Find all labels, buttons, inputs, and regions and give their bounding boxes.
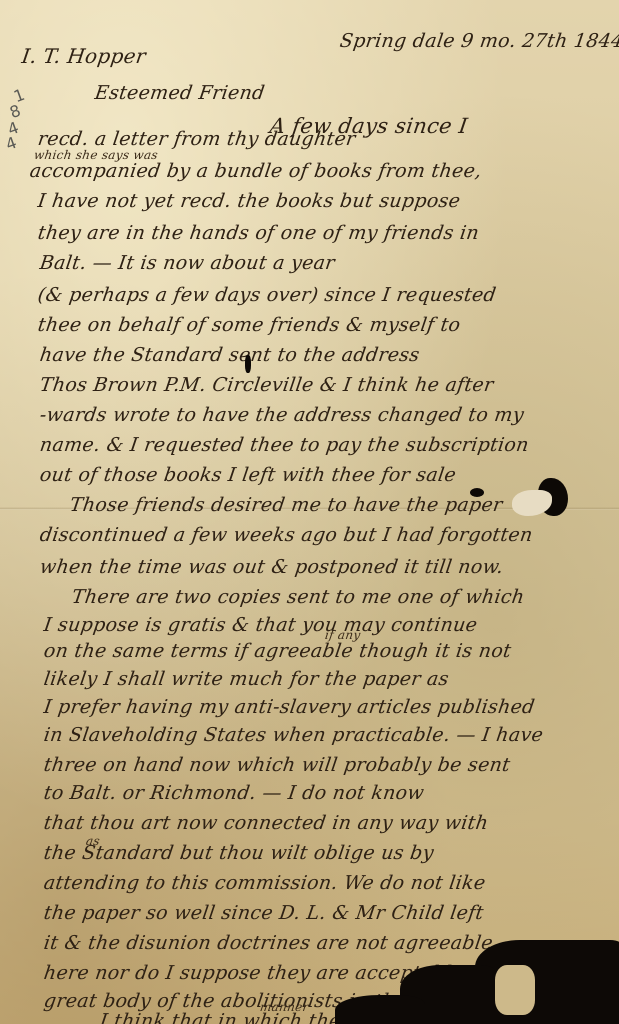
letter-line: the Standard but thou wilt oblige us by — [42, 842, 435, 864]
letter-line: accompanied by a bundle of books from th… — [28, 160, 483, 182]
salutation-text: Esteemed Friend — [93, 82, 266, 104]
letter-line: Those friends desired me to have the pap… — [68, 494, 504, 516]
letter-line: that thou art now connected in any way w… — [42, 812, 489, 834]
letter-line: they are in the hands of one of my frien… — [36, 222, 480, 244]
letter-line: it & the disunion doctrines are not agre… — [42, 932, 494, 954]
letter-line: I suppose is gratis & that you may conti… — [42, 614, 478, 636]
letter-line: out of those books I left with thee for … — [38, 464, 457, 486]
letter-line: in Slaveholding States when practicable.… — [42, 724, 544, 746]
letter-line: recd. a letter from thy daughter — [36, 128, 357, 150]
interlinear-note: if any — [324, 628, 362, 642]
letter-line: discontinued a few weeks ago but I had f… — [38, 524, 534, 546]
letter-line: likely I shall write much for the paper … — [42, 668, 450, 690]
letter-line: thee on behalf of some friends & myself … — [36, 314, 461, 336]
letter-line: I think that in which the ... — [98, 1010, 367, 1024]
letter-page: 1 8 4 4 I. T. Hopper Spring dale 9 mo. 2… — [0, 0, 619, 1024]
letter-line: the paper so well since D. L. & Mr Child… — [42, 902, 485, 924]
letter-line: I have not yet recd. the books but suppo… — [36, 190, 461, 212]
addressee: I. T. Hopper — [20, 44, 147, 68]
letter-line: name. & I requested thee to pay the subs… — [38, 434, 530, 456]
letter-line: have the Standard sent to the address — [38, 344, 421, 366]
remaining-fragment — [495, 965, 535, 1015]
paper-hole — [245, 355, 251, 373]
letter-line: (& perhaps a few days over) since I requ… — [36, 284, 497, 306]
letter-line: Balt. — It is now about a year — [38, 252, 336, 274]
letter-line: to Balt. or Richmond. — I do not know — [42, 782, 425, 804]
letter-line: There are two copies sent to me one of w… — [70, 586, 525, 608]
letter-line: three on hand now which will probably be… — [42, 754, 511, 776]
letter-line: when the time was out & postponed it til… — [38, 556, 504, 578]
letter-line: -wards wrote to have the address changed… — [38, 404, 525, 426]
place-date: Spring dale 9 mo. 27th 1844 — [338, 30, 619, 52]
letter-line: I prefer having my anti-slavery articles… — [42, 696, 536, 718]
letter-line: Thos Brown P.M. Circleville & I think he… — [38, 374, 495, 396]
damaged-area — [335, 995, 425, 1024]
letter-line: on the same terms if agreeable though it… — [42, 640, 512, 662]
letter-line: attending to this commission. We do not … — [42, 872, 487, 894]
paper-hole — [470, 488, 484, 497]
